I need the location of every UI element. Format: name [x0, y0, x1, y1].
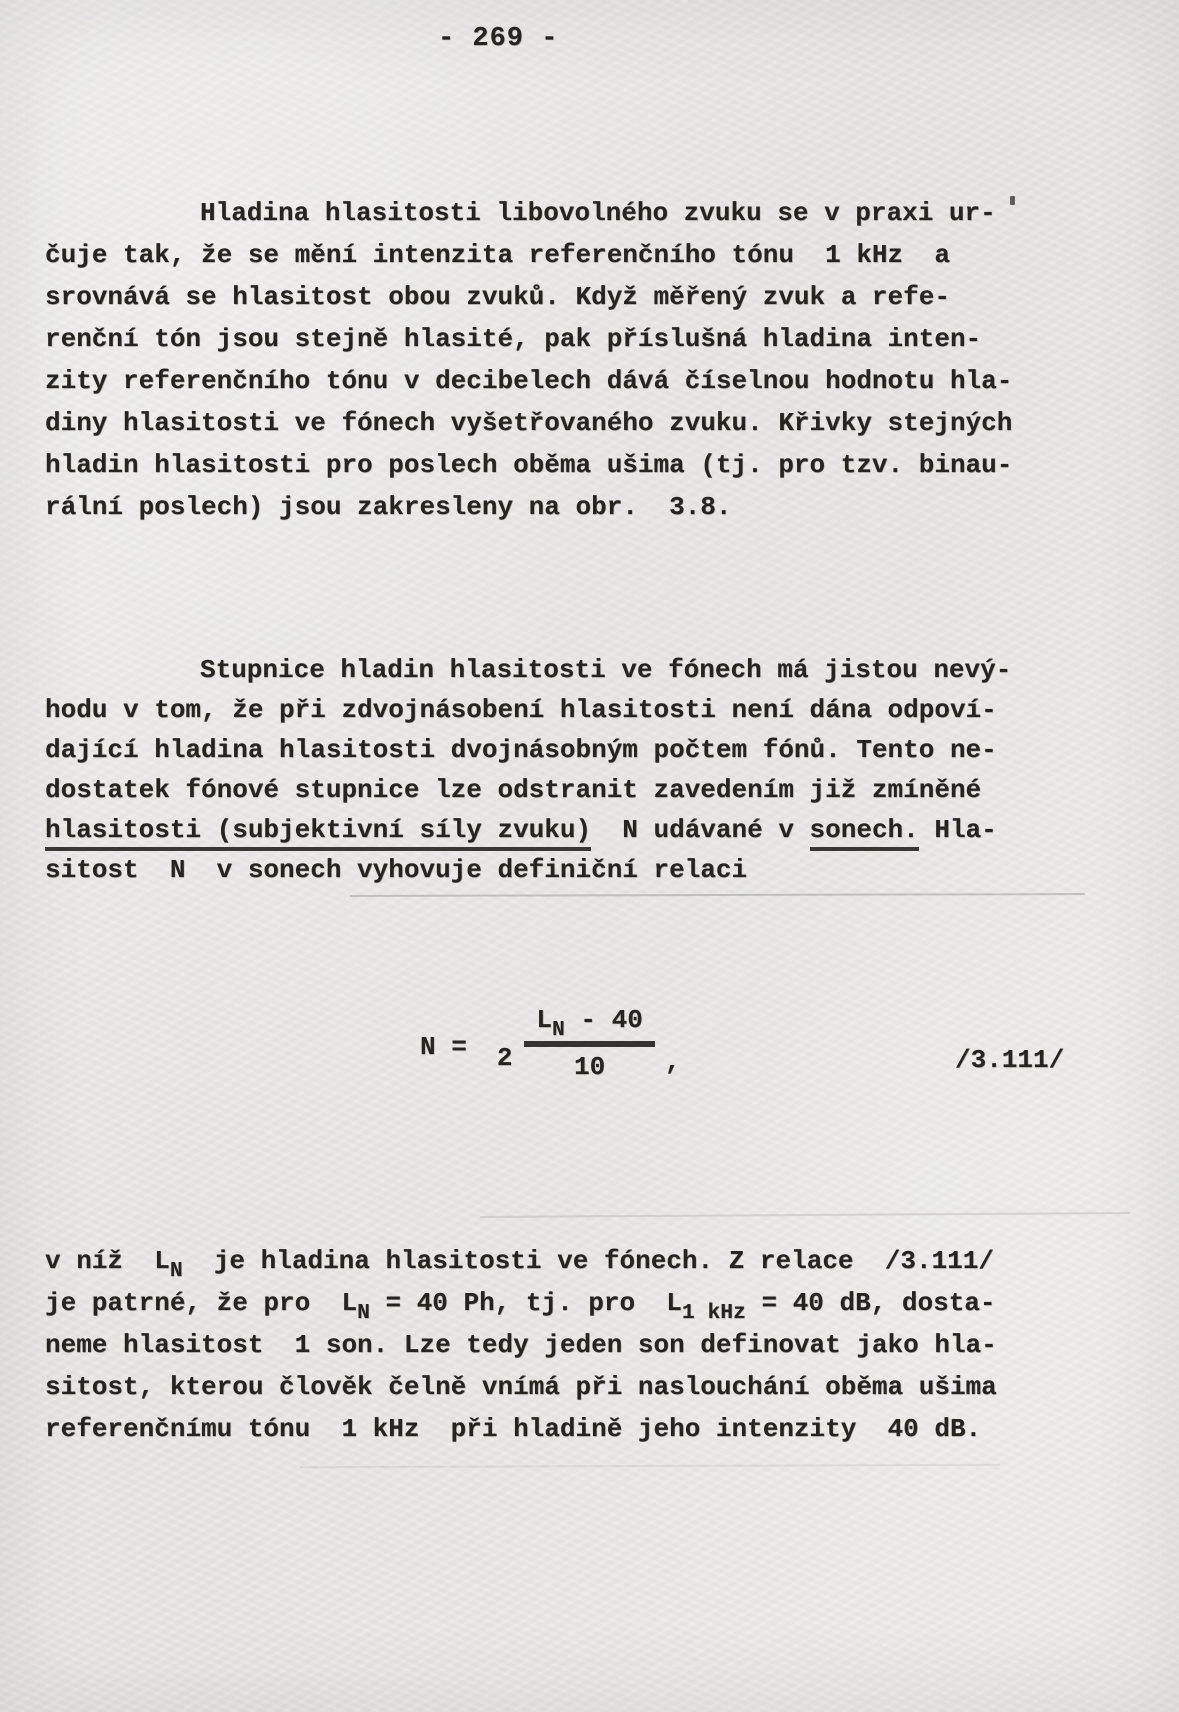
- subscript-N: N: [552, 1018, 565, 1042]
- text-segment: = 40 dB, dosta-: [746, 1288, 996, 1318]
- underlined-term-sonech: sonech.: [810, 815, 919, 851]
- formula-exponent-fraction: LN - 40 10: [524, 1005, 654, 1082]
- text-line: sitost N v sonech vyhovuje definiční rel…: [45, 850, 1130, 890]
- symbol-L: L: [536, 1005, 552, 1035]
- text-line: Hladina hlasitosti libovolného zvuku se …: [45, 192, 1130, 234]
- text-segment: je hladina hlasitosti ve fónech. Z relac…: [183, 1246, 994, 1276]
- underlined-term-hlasitosti: hlasitosti (subjektivní síly zvuku): [45, 815, 591, 851]
- page-number: - 269 -: [438, 24, 558, 54]
- text-line: hodu v tom, že při zdvojnásobení hlasito…: [45, 690, 1130, 730]
- text-line: čuje tak, že se mění intenzita referenčn…: [45, 234, 1130, 276]
- text-segment: Hla-: [919, 815, 997, 845]
- text-segment: = 40 Ph, tj. pro L: [370, 1288, 682, 1318]
- numerator-rest: - 40: [565, 1005, 643, 1035]
- text-line: Stupnice hladin hlasitosti ve fónech má …: [45, 650, 1130, 690]
- text-line-with-subscript: je patrné, že pro LN = 40 Ph, tj. pro L1…: [45, 1282, 1130, 1324]
- formula-denominator: 10: [574, 1047, 605, 1082]
- paragraph-stupnice-hladin: Stupnice hladin hlasitosti ve fónech má …: [45, 650, 1130, 890]
- text-line: renční tón jsou stejně hlasité, pak přís…: [45, 318, 1130, 360]
- text-segment: je patrné, že pro L: [45, 1288, 357, 1318]
- equation-number: /3.111/: [955, 1045, 1064, 1075]
- formula-numerator: LN - 40: [524, 1005, 654, 1047]
- subscript-N: N: [357, 1301, 370, 1325]
- document-page: - 269 - Hladina hlasitosti libovolného z…: [0, 0, 1179, 1712]
- text-line: referenčnímu tónu 1 kHz při hladině jeho…: [45, 1408, 1130, 1450]
- formula-comma: ,: [665, 1047, 681, 1077]
- scan-artifact-faint-line: [480, 1212, 1130, 1218]
- text-line: rální poslech) jsou zakresleny na obr. 3…: [45, 486, 1130, 528]
- formula-3-111: N = 2 LN - 40 10 , /3.111/: [0, 1005, 1179, 1105]
- paragraph-hladina-hlasitosti: Hladina hlasitosti libovolného zvuku se …: [45, 192, 1130, 528]
- scan-artifact-pencil-line: [350, 893, 1085, 897]
- text-line: zity referenčního tónu v decibelech dává…: [45, 360, 1130, 402]
- text-line: dající hladina hlasitosti dvojnásobným p…: [45, 730, 1130, 770]
- formula-base: 2: [497, 1043, 513, 1073]
- subscript-N: N: [170, 1259, 183, 1283]
- text-line: hladin hlasitosti pro poslech oběma ušim…: [45, 444, 1130, 486]
- text-line: diny hlasitosti ve fónech vyšetřovaného …: [45, 402, 1130, 444]
- scan-artifact-faint-line: [300, 1464, 1000, 1468]
- text-line: srovnává se hlasitost obou zvuků. Když m…: [45, 276, 1130, 318]
- formula-lhs: N =: [420, 1032, 467, 1062]
- text-segment: v níž L: [45, 1246, 170, 1276]
- subscript-1kHz: 1 kHz: [682, 1301, 746, 1325]
- paragraph-v-niz: v níž LN je hladina hlasitosti ve fónech…: [45, 1240, 1130, 1450]
- text-line-with-underlines: hlasitosti (subjektivní síly zvuku) N ud…: [45, 810, 1130, 850]
- text-line-with-subscript: v níž LN je hladina hlasitosti ve fónech…: [45, 1240, 1130, 1282]
- text-segment: N udávané v: [591, 815, 809, 845]
- text-line: sitost, kterou člověk čelně vnímá při na…: [45, 1366, 1130, 1408]
- text-line: neme hlasitost 1 son. Lze tedy jeden son…: [45, 1324, 1130, 1366]
- formula-expression: N = 2 LN - 40 10 ,: [420, 1005, 680, 1082]
- text-line: dostatek fónové stupnice lze odstranit z…: [45, 770, 1130, 810]
